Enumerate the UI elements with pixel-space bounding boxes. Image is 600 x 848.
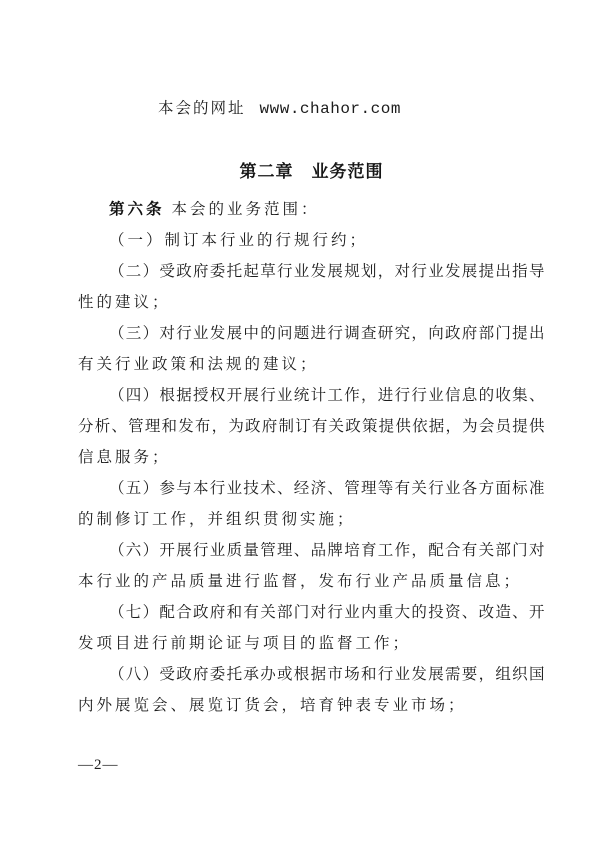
- document-page: 本会的网址www.chahor.com 第二章 业务范围 第六条本会的业务范围：…: [0, 0, 600, 848]
- website-label: 本会的网址: [158, 100, 246, 117]
- article-number: 第六条: [109, 201, 165, 218]
- item-2-line-1: （二）受政府委托起草行业发展规划，对行业发展提出指导: [78, 256, 545, 287]
- page-number: —2—: [78, 756, 119, 774]
- item-3-line-2: 有关行业政策和法规的建议；: [78, 349, 545, 380]
- item-8-line-2: 内外展览会、展览订货会，培育钟表专业市场；: [78, 690, 545, 721]
- item-8-line-1: （八）受政府委托承办或根据市场和行业发展需要，组织国: [78, 659, 545, 690]
- item-4-line-3: 信息服务；: [78, 442, 545, 473]
- item-7-line-2: 发项目进行前期论证与项目的监督工作；: [78, 628, 545, 659]
- website-url: www.chahor.com: [260, 100, 401, 118]
- chapter-heading: 第二章 业务范围: [78, 156, 545, 187]
- item-1-line-1: （一）制订本行业的行规行约；: [78, 225, 545, 256]
- item-7-line-1: （七）配合政府和有关部门对行业内重大的投资、改造、开: [78, 597, 545, 628]
- item-5-line-2: 的制修订工作，并组织贯彻实施；: [78, 504, 545, 535]
- website-line: 本会的网址www.chahor.com: [78, 93, 545, 125]
- item-2-line-2: 性的建议；: [78, 287, 545, 318]
- article-line: 第六条本会的业务范围：: [78, 194, 545, 225]
- item-3-line-1: （三）对行业发展中的问题进行调查研究，向政府部门提出: [78, 318, 545, 349]
- item-4-line-1: （四）根据授权开展行业统计工作，进行行业信息的收集、: [78, 380, 545, 411]
- item-5-line-1: （五）参与本行业技术、经济、管理等有关行业各方面标准: [78, 473, 545, 504]
- item-6-line-1: （六）开展行业质量管理、品牌培育工作，配合有关部门对: [78, 535, 545, 566]
- article-text: 本会的业务范围：: [172, 201, 320, 218]
- item-6-line-2: 本行业的产品质量进行监督，发布行业产品质量信息；: [78, 566, 545, 597]
- item-4-line-2: 分析、管理和发布，为政府制订有关政策提供依据，为会员提供: [78, 411, 545, 442]
